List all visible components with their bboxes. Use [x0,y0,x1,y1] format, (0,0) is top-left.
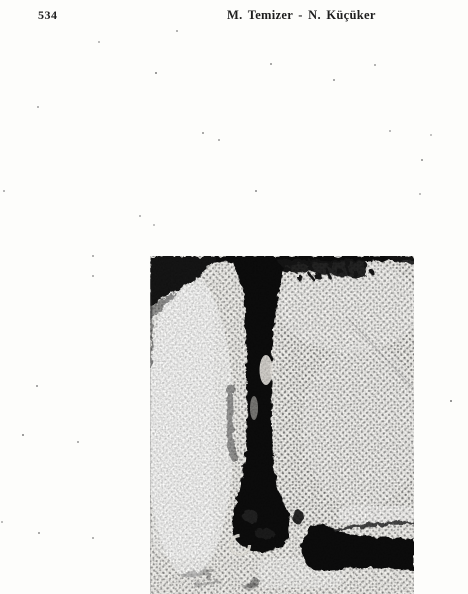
document-page: 534 M. Temizer - N. Küçüker [0,0,468,594]
print-left-edge [150,256,151,594]
film-grain [150,256,414,594]
running-head: M. Temizer - N. Küçüker [227,8,376,23]
page-number: 534 [38,8,58,23]
print-specks [0,0,2,2]
radiograph-figure [150,256,414,594]
radiograph-image [150,256,414,594]
